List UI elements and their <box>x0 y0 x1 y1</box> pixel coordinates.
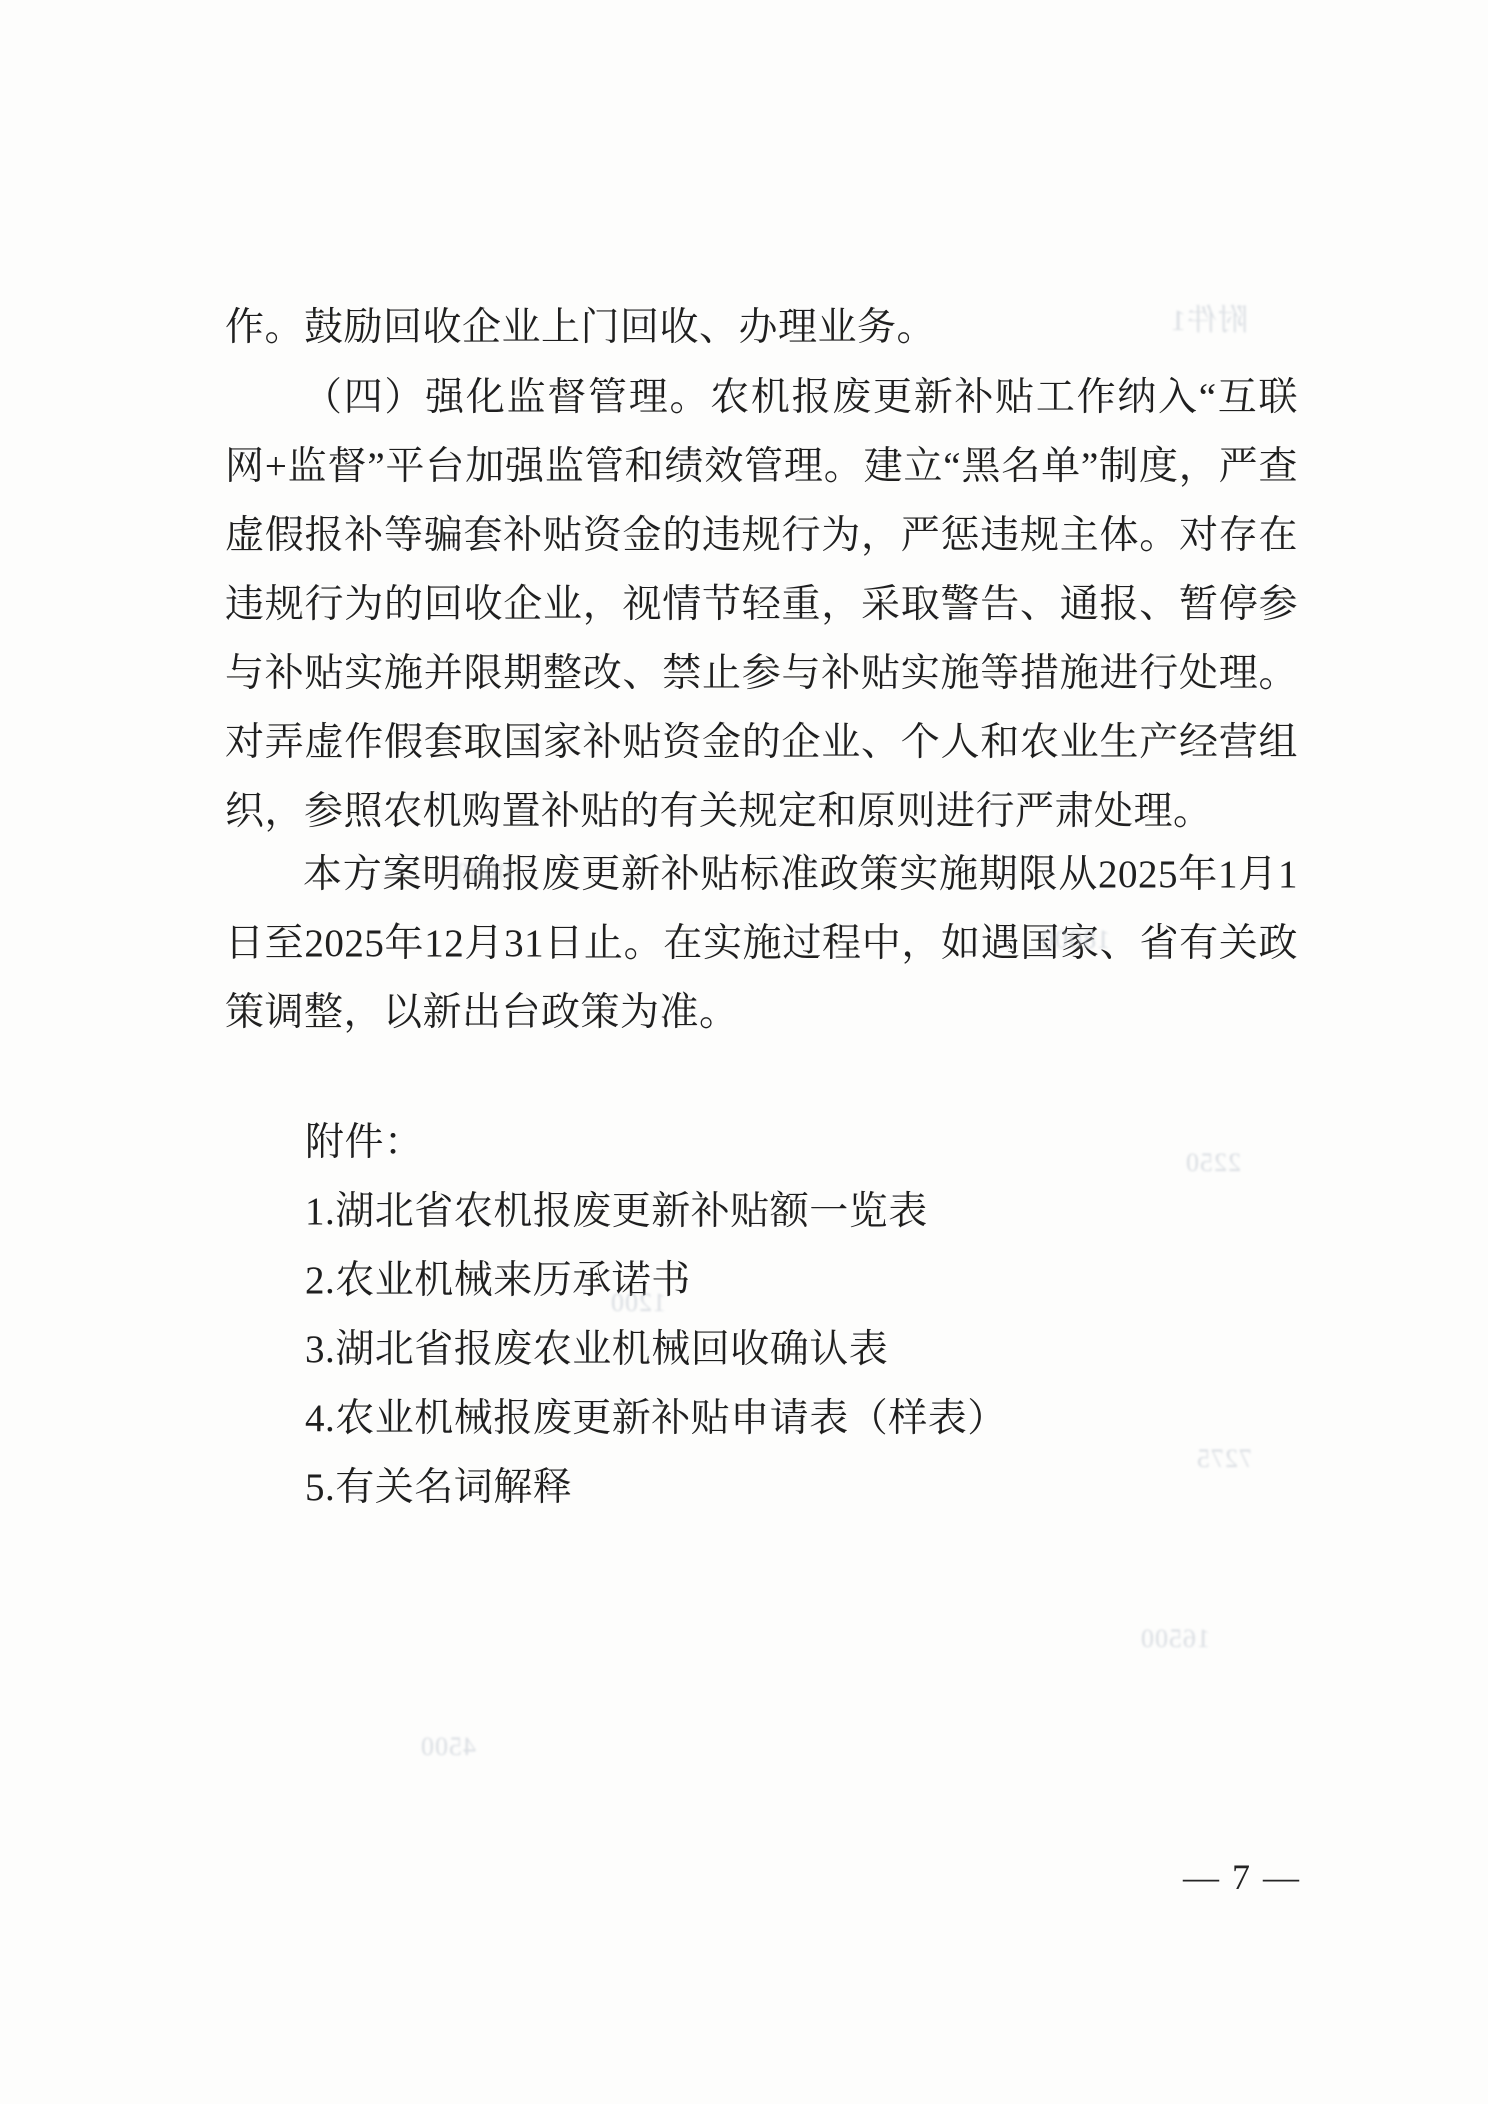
paragraph-implementation-period: 本方案明确报废更新补贴标准政策实施期限从2025年1月1 日至2025年12月3… <box>225 840 1298 1047</box>
attachment-item-5: 5.有关名词解释 <box>305 1453 1305 1522</box>
scan-bleed-artifact: 4500 <box>420 1732 476 1762</box>
attachments-heading: 附件： <box>305 1108 1305 1177</box>
paragraph-line: 日至2025年12月31日止。在实施过程中，如遇国家、省有关政 <box>225 909 1298 978</box>
attachments-section: 附件： 1.湖北省农机报废更新补贴额一览表 2.农业机械来历承诺书 3.湖北省报… <box>305 1108 1305 1522</box>
paragraph-supervision: （四）强化监督管理。农机报废更新补贴工作纳入“互联 网+监督”平台加强监管和绩效… <box>225 363 1298 846</box>
paragraph-line: 网+监督”平台加强监管和绩效管理。建立“黑名单”制度，严查 <box>225 432 1298 501</box>
attachment-item-4: 4.农业机械报废更新补贴申请表（样表） <box>305 1384 1305 1453</box>
document-page: 作。鼓励回收企业上门回收、办理业务。 （四）强化监督管理。农机报废更新补贴工作纳… <box>0 0 1488 2104</box>
paragraph-line: 对弄虚作假套取国家补贴资金的企业、个人和农业生产经营组 <box>225 708 1298 777</box>
paragraph-line: （四）强化监督管理。农机报废更新补贴工作纳入“互联 <box>225 363 1298 432</box>
attachment-item-2: 2.农业机械来历承诺书 <box>305 1246 1305 1315</box>
paragraph-line: 作。鼓励回收企业上门回收、办理业务。 <box>225 293 1298 362</box>
paragraph-continuation: 作。鼓励回收企业上门回收、办理业务。 <box>225 293 1298 362</box>
paragraph-line: 违规行为的回收企业，视情节轻重，采取警告、通报、暂停参 <box>225 570 1298 639</box>
page-number: — 7 — <box>1160 1855 1324 1899</box>
scan-bleed-artifact: 16500 <box>1140 1624 1210 1654</box>
paragraph-line: 与补贴实施并限期整改、禁止参与补贴实施等措施进行处理。 <box>225 639 1298 708</box>
paragraph-line: 织，参照农机购置补贴的有关规定和原则进行严肃处理。 <box>225 777 1298 846</box>
attachment-item-3: 3.湖北省报废农业机械回收确认表 <box>305 1315 1305 1384</box>
paragraph-line: 策调整，以新出台政策为准。 <box>225 978 1298 1047</box>
paragraph-line: 本方案明确报废更新补贴标准政策实施期限从2025年1月1 <box>225 840 1298 909</box>
attachment-item-1: 1.湖北省农机报废更新补贴额一览表 <box>305 1177 1305 1246</box>
paragraph-line: 虚假报补等骗套补贴资金的违规行为，严惩违规主体。对存在 <box>225 501 1298 570</box>
